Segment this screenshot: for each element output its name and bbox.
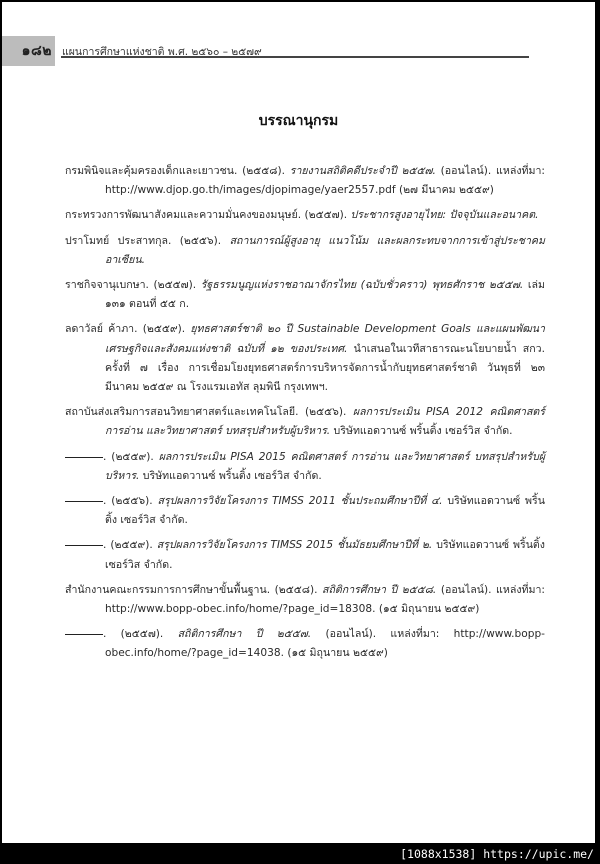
page-number: ๑๘๒ (22, 40, 52, 62)
ref-year: (๒๕๕๖). (180, 235, 221, 247)
ref-year: . (๒๕๕๖). (103, 495, 153, 507)
ref-year: . (๒๕๕๗). (103, 628, 163, 640)
ref-title: รัฐธรรมนูญแห่งราชอาณาจักรไทย (ฉบับชั่วคร… (201, 279, 524, 291)
reference-entry: . (๒๕๕๙). สรุปผลการวิจัยโครงการ TIMSS 20… (65, 536, 545, 574)
ref-title: สถิติการศึกษา ปี ๒๕๕๘. (322, 584, 436, 596)
ref-title: สถิติการศึกษา ปี ๒๕๕๗. (178, 628, 312, 640)
reference-entry: สำนักงานคณะกรรมการการศึกษาขั้นพื้นฐาน. (… (65, 581, 545, 619)
reference-entry: สถาบันส่งเสริมการสอนวิทยาศาสตร์และเทคโนโ… (65, 403, 545, 441)
page-title: บรรณานุกรม (2, 110, 595, 132)
ref-year: . (๒๕๕๙). (103, 539, 153, 551)
ref-year: (๒๕๕๙). (143, 323, 185, 335)
reference-entry: . (๒๕๕๗). สถิติการศึกษา ปี ๒๕๕๗. (ออนไลน… (65, 625, 545, 663)
document-page: ๑๘๒ แผนการศึกษาแห่งชาติ พ.ศ. ๒๕๖๐ – ๒๕๗๙… (2, 2, 595, 843)
reference-entry: . (๒๕๕๖). สรุปผลการวิจัยโครงการ TIMSS 20… (65, 492, 545, 530)
reference-entry: ราชกิจจานุเบกษา. (๒๕๕๗). รัฐธรรมนูญแห่งร… (65, 276, 545, 314)
bibliography-list: กรมพินิจและคุ้มครองเด็กและเยาวชน. (๒๕๕๘)… (65, 162, 545, 670)
ref-author: ลดาวัลย์ ค้าภา. (65, 323, 138, 335)
ref-title: สรุปผลการวิจัยโครงการ TIMSS 2015 ชั้นมัธ… (157, 539, 433, 551)
header-rule (61, 56, 529, 58)
ref-title: รายงานสถิติคดีประจำปี ๒๕๕๗. (290, 165, 436, 177)
ref-year: (๒๕๕๖). (305, 406, 346, 418)
ref-author: สำนักงานคณะกรรมการการศึกษาขั้นพื้นฐาน. (65, 584, 270, 596)
ref-year: . (๒๕๕๙). (103, 451, 154, 463)
ref-rest: บริษัทแอดวานซ์ พริ้นติ้ง เซอร์วิส จำกัด. (143, 470, 322, 482)
page-number-box: ๑๘๒ (2, 36, 55, 66)
repeat-author-dash (65, 544, 103, 546)
ref-author: กรมพินิจและคุ้มครองเด็กและเยาวชน. (65, 165, 237, 177)
reference-entry: ปราโมทย์ ประสาทกุล. (๒๕๕๖). สถานการณ์ผู้… (65, 232, 545, 270)
repeat-author-dash (65, 456, 103, 458)
reference-entry: . (๒๕๕๙). ผลการประเมิน PISA 2015 คณิตศาส… (65, 448, 545, 486)
reference-entry: กระทรวงการพัฒนาสังคมและความมั่นคงของมนุษ… (65, 206, 545, 225)
reference-entry: กรมพินิจและคุ้มครองเด็กและเยาวชน. (๒๕๕๘)… (65, 162, 545, 200)
ref-year: (๒๕๕๘). (275, 584, 318, 596)
repeat-author-dash (65, 633, 103, 635)
reference-entry: ลดาวัลย์ ค้าภา. (๒๕๕๙). ยุทธศาสตร์ชาติ ๒… (65, 320, 545, 397)
ref-author: ราชกิจจานุเบกษา. (65, 279, 149, 291)
ref-year: (๒๕๕๘). (242, 165, 285, 177)
ref-year: (๒๕๕๗). (154, 279, 197, 291)
ref-author: สถาบันส่งเสริมการสอนวิทยาศาสตร์และเทคโนโ… (65, 406, 299, 418)
ref-year: (๒๕๕๗). (305, 209, 348, 221)
ref-title: สถานการณ์ผู้สูงอายุ แนวโน้ม และผลกระทบจา… (105, 235, 545, 266)
image-host-watermark: [1088x1538] https://upic.me/ (400, 845, 594, 863)
ref-title: ประชากรสูงอายุไทย: ปัจจุบันและอนาคต. (351, 209, 539, 221)
ref-rest: บริษัทแอดวานซ์ พริ้นติ้ง เซอร์วิส จำกัด. (334, 425, 513, 437)
ref-title: สรุปผลการวิจัยโครงการ TIMSS 2011 ชั้นประ… (158, 495, 443, 507)
ref-author: ปราโมทย์ ประสาทกุล. (65, 235, 171, 247)
ref-author: กระทรวงการพัฒนาสังคมและความมั่นคงของมนุษ… (65, 209, 301, 221)
repeat-author-dash (65, 500, 103, 502)
ref-rest: (ออนไลน์). แหล่งที่มา: http://www.bopp-o… (105, 628, 545, 659)
